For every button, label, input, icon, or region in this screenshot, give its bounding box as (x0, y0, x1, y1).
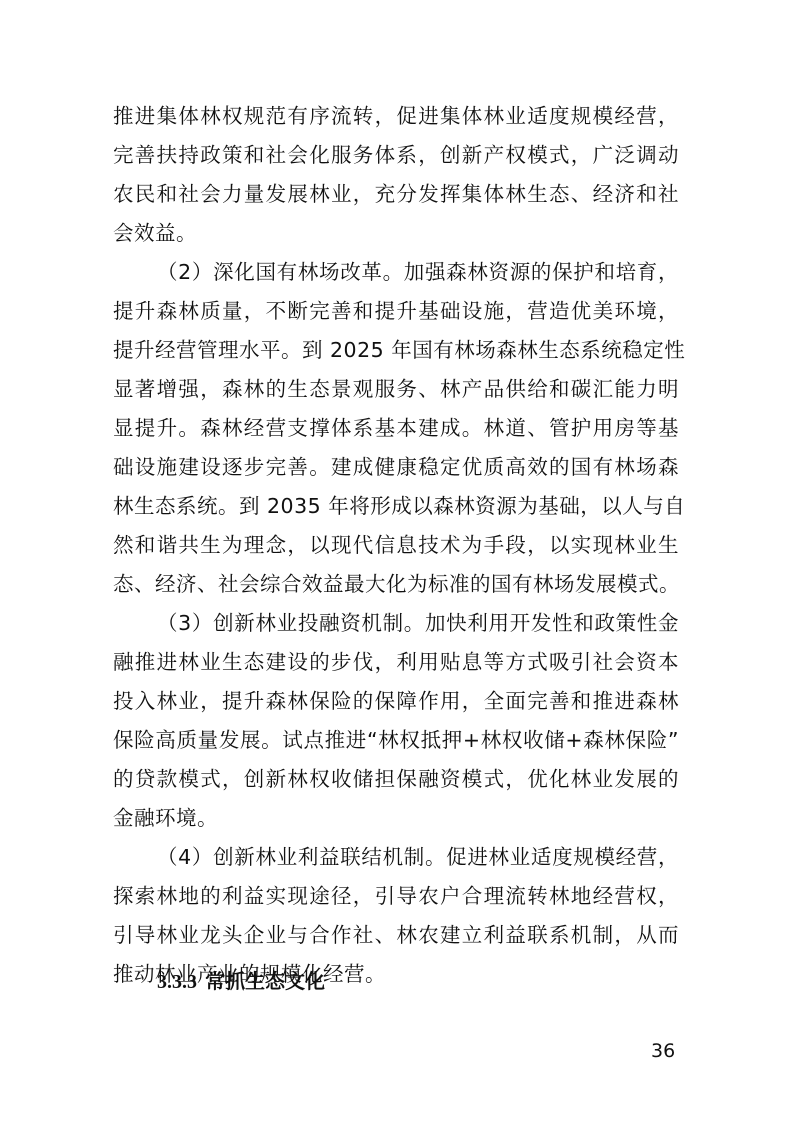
text-line: 提升经营管理水平。到 2025 年国有林场森林生态系统稳定性 (113, 331, 679, 370)
text-line: 农民和社会力量发展林业，充分发挥集体林生态、经济和社 (113, 175, 679, 214)
page-number: 36 (651, 1040, 675, 1062)
text-line: 保险高质量发展。试点推进“林权抵押+林权收储+森林保险” (113, 721, 679, 760)
text-line: （4）创新林业利益联结机制。促进林业适度规模经营， (113, 838, 679, 877)
section-heading: 3.3.3常抓生态文化 (157, 962, 325, 1001)
text-line: 显提升。森林经营支撑体系基本建成。林道、管护用房等基 (113, 409, 679, 448)
text-line: 会效益。 (113, 214, 679, 253)
text-line: 提升森林质量，不断完善和提升基础设施，营造优美环境， (113, 292, 679, 331)
text-line: （3）创新林业投融资机制。加快利用开发性和政策性金 (113, 604, 679, 643)
text-line: 投入林业，提升森林保险的保障作用，全面完善和推进森林 (113, 682, 679, 721)
section-number: 3.3.3 (157, 971, 197, 993)
section-title: 常抓生态文化 (205, 969, 325, 993)
text-line: 引导林业龙头企业与合作社、林农建立利益联系机制，从而 (113, 916, 679, 955)
text-line: 探索林地的利益实现途径，引导农户合理流转林地经营权， (113, 877, 679, 916)
paragraph-state-forest-reform: （2）深化国有林场改革。加强森林资源的保护和培育， 提升森林质量，不断完善和提升… (113, 253, 679, 604)
paragraph-investment-financing: （3）创新林业投融资机制。加快利用开发性和政策性金 融推进林业生态建设的步伐，利… (113, 604, 679, 838)
text-line: 础设施建设逐步完善。建成健康稳定优质高效的国有林场森 (113, 448, 679, 487)
text-line: 显著增强，森林的生态景观服务、林产品供给和碳汇能力明 (113, 370, 679, 409)
text-line: 林生态系统。到 2035 年将形成以森林资源为基础，以人与自 (113, 487, 679, 526)
text-line: 的贷款模式，创新林权收储担保融资模式，优化林业发展的 (113, 760, 679, 799)
text-line: 完善扶持政策和社会化服务体系，创新产权模式，广泛调动 (113, 136, 679, 175)
text-line: （2）深化国有林场改革。加强森林资源的保护和培育， (113, 253, 679, 292)
document-page: 推进集体林权规范有序流转，促进集体林业适度规模经营， 完善扶持政策和社会化服务体… (0, 0, 793, 1122)
text-line: 金融环境。 (113, 799, 679, 838)
text-line: 推进集体林权规范有序流转，促进集体林业适度规模经营， (113, 97, 679, 136)
text-line: 态、经济、社会综合效益最大化为标准的国有林场发展模式。 (113, 565, 679, 604)
paragraph-collective-forest: 推进集体林权规范有序流转，促进集体林业适度规模经营， 完善扶持政策和社会化服务体… (113, 97, 679, 253)
text-line: 然和谐共生为理念，以现代信息技术为手段，以实现林业生 (113, 526, 679, 565)
text-line: 融推进林业生态建设的步伐，利用贴息等方式吸引社会资本 (113, 643, 679, 682)
